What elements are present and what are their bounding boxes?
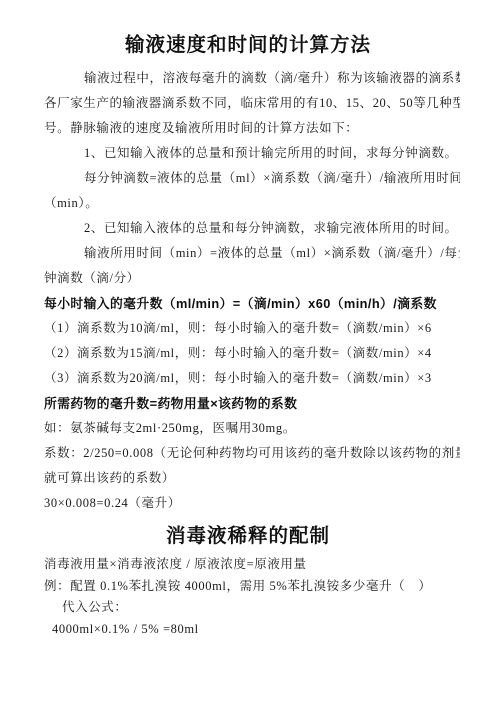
example-line: 例：配置 0.1%苯扎溴铵 4000ml，需用 5%苯扎溴铵多少毫升（ ）	[44, 576, 460, 598]
paragraph-line: 代入公式：	[44, 597, 460, 619]
section1-body: 输液过程中，溶液每毫升的滴数（滴/毫升）称为该输液器的滴系数。 各厂家生产的输液…	[0, 66, 496, 516]
paragraph-line: 号。静脉输液的速度及输液所用时间的计算方法如下：	[44, 116, 460, 141]
paragraph-line: 各厂家生产的输液器滴系数不同，临床常用的有10、15、20、50等几种型	[44, 91, 460, 116]
formula-line: 输液所用时间（min）=液体的总量（ml）×滴系数（滴/毫升）/每分	[44, 241, 460, 266]
formula-line: （min）。	[44, 191, 460, 216]
paragraph-line: 系数：2/250=0.008（无论何种药物均可用该药的毫升数除以该药物的剂量	[44, 441, 460, 466]
paragraph-line: 输液过程中，溶液每毫升的滴数（滴/毫升）称为该输液器的滴系数。	[44, 66, 460, 91]
list-item-line: 2、已知输入液体的总量和每分钟滴数，求输完液体所用的时间。	[44, 216, 460, 241]
list-item-line: （3）滴系数为20滴/ml，则：每小时输入的毫升数=（滴数/min）×3	[44, 366, 460, 391]
section1-title: 输液速度和时间的计算方法	[0, 30, 496, 60]
formula-line: 钟滴数（滴/分）	[44, 266, 460, 291]
example-line: 如：氨茶碱每支2ml·250mg，医嘱用30mg。	[44, 416, 460, 441]
section2-title: 消毒液稀释的配制	[0, 521, 496, 551]
formula-line: 消毒液用量×消毒液浓度 / 原液浓度=原液用量	[44, 554, 460, 576]
list-item-line: （1）滴系数为10滴/ml，则：每小时输入的毫升数=（滴数/min）×6	[44, 316, 460, 341]
section2-body: 消毒液用量×消毒液浓度 / 原液浓度=原液用量 例：配置 0.1%苯扎溴铵 40…	[0, 554, 496, 640]
subheading-formula: 所需药物的毫升数=药物用量×该药物的系数	[44, 391, 460, 416]
formula-line: 4000ml×0.1% / 5% =80ml	[44, 619, 460, 641]
document-page: 输液速度和时间的计算方法 输液过程中，溶液每毫升的滴数（滴/毫升）称为该输液器的…	[0, 0, 496, 702]
subheading-formula: 每小时输入的毫升数（ml/min）=（滴/min）x60（min/h）/滴系数	[44, 291, 460, 316]
list-item-line: （2）滴系数为15滴/ml，则：每小时输入的毫升数=（滴数/min）×4	[44, 341, 460, 366]
formula-line: 每分钟滴数=液体的总量（ml）×滴系数（滴/毫升）/输液所用时间	[44, 166, 460, 191]
list-item-line: 1、已知输入液体的总量和预计输完所用的时间，求每分钟滴数。	[44, 141, 460, 166]
formula-line: 30×0.008=0.24（毫升）	[44, 491, 460, 516]
paragraph-line: 就可算出该药的系数）	[44, 466, 460, 491]
